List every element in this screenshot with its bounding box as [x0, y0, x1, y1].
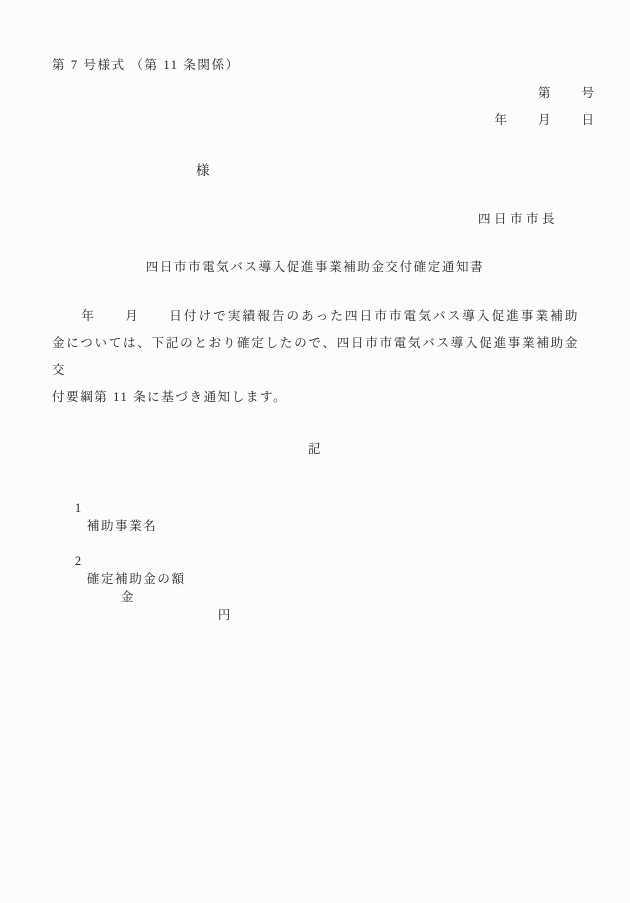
- document-page: 第 7 号様式 （第 11 条関係） 第 号 年 月 日 様 四日市市長 四日市…: [0, 0, 630, 903]
- body-paragraph: 年 月 日付けで実績報告のあった四日市市電気バス導入促進事業補助 金については、…: [52, 303, 579, 411]
- item-confirmed-amount: 2 確定補助金の額 金 円: [56, 539, 232, 638]
- issue-date: 年 月 日: [494, 110, 596, 128]
- item-number: 2: [75, 554, 85, 569]
- body-line-2: 金については、下記のとおり確定したので、四日市市電気バス導入促進事業補助金交: [52, 330, 579, 384]
- form-number: 第 7 号様式 （第 11 条関係）: [52, 55, 240, 73]
- document-number: 第 号: [538, 83, 596, 101]
- amount-currency-prefix: 金: [121, 590, 135, 604]
- sender-name: 四日市市長: [478, 209, 558, 227]
- body-line-1: 年 月 日付けで実績報告のあった四日市市電気バス導入促進事業補助: [52, 303, 579, 330]
- record-marker: 記: [0, 439, 630, 457]
- body-line-3: 付要綱第 11 条に基づき通知します。: [52, 384, 579, 411]
- addressee-honorific: 様: [196, 159, 211, 179]
- item-label: 補助事業名: [87, 519, 158, 533]
- item-label: 確定補助金の額: [87, 572, 186, 586]
- document-title: 四日市市電気バス導入促進事業補助金交付確定通知書: [0, 257, 630, 275]
- item-number: 1: [75, 501, 85, 516]
- amount-currency-suffix: 円: [218, 608, 232, 622]
